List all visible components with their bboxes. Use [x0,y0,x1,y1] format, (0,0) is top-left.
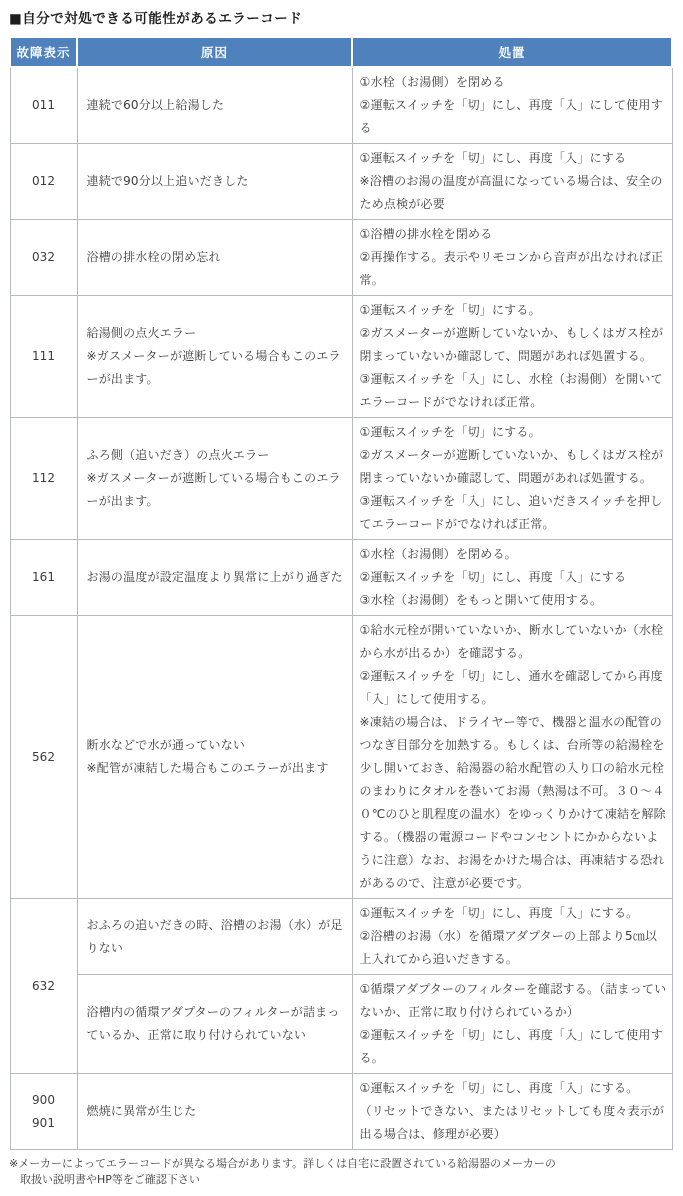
action-item: ③運転スイッチを「入」にし、追いだきスイッチを押してエラーコードがでなければ正常… [360,490,667,536]
action-cell: ①運転スイッチを「切」にし、再度「入」にする※浴槽のお湯の温度が高温になっている… [352,144,672,220]
cause-line: ※ガスメーターが遮断している場合もこのエラーが出ます。 [87,467,346,513]
action-cell: ①運転スイッチを「切」にする。②ガスメーターが遮断していないか、もしくはガス栓が… [352,296,672,418]
cause-line: ※配管が凍結した場合もこのエラーが出ます [87,757,346,780]
table-row: 112ふろ側（追いだき）の点火エラー※ガスメーターが遮断している場合もこのエラー… [10,418,672,540]
header-row: 故障表示 原因 処置 [10,37,672,67]
action-cell: ①運転スイッチを「切」にし、再度「入」にする。（リセットできない、またはリセット… [352,1074,672,1150]
action-cell: ①給水元栓が開いていないか、断水していないか（水栓から水が出るか）を確認する。②… [352,616,672,899]
footnote-line: ※メーカーによってエラーコードが異なる場合があります。詳しくは自宅に設置されてい… [9,1156,673,1172]
action-item: ②ガスメーターが遮断していないか、もしくはガス栓が閉まっていないか確認して、問題… [360,444,667,490]
error-code-cell: 111 [10,296,77,418]
action-item: ①循環アダプターのフィルターを確認する。（詰まっていないか、正常に取り付けられて… [360,978,667,1024]
error-code-cell: 632 [10,899,77,1074]
footnote-line: 取扱い説明書やHP等をご確認下さい [9,1172,673,1188]
action-item: ※凍結の場合は、ドライヤー等で、機器と温水の配管のつなぎ目部分を加熱する。もしく… [360,711,667,895]
action-item: ①水栓（お湯側）を閉める [360,71,667,94]
action-item: ②運転スイッチを「切」にし、再度「入」にする [360,566,667,589]
cause-line: 連続で60分以上給湯した [87,94,346,117]
header-cell-code: 故障表示 [10,37,77,67]
action-item: ③水栓（お湯側）をもっと開いて使用する。 [360,589,667,612]
cause-line: 燃焼に異常が生じた [87,1100,346,1123]
error-code-cell: 012 [10,144,77,220]
cause-cell: 連続で90分以上追いだきした [77,144,352,220]
cause-line: ふろ側（追いだき）の点火エラー [87,444,346,467]
cause-cell: 燃焼に異常が生じた [77,1074,352,1150]
action-item: ②ガスメーターが遮断していないか、もしくはガス栓が閉まっていないか確認して、問題… [360,322,667,368]
error-code-table: 故障表示 原因 処置 011連続で60分以上給湯した①水栓（お湯側）を閉める②運… [9,36,673,1150]
table-row: 111給湯側の点火エラー※ガスメーターが遮断している場合もこのエラーが出ます。①… [10,296,672,418]
cause-cell: ふろ側（追いだき）の点火エラー※ガスメーターが遮断している場合もこのエラーが出ま… [77,418,352,540]
table-row: 562断水などで水が通っていない※配管が凍結した場合もこのエラーが出ます①給水元… [10,616,672,899]
page-title: ■自分で対処できる可能性があるエラーコード [9,7,673,27]
cause-cell: おふろの追いだきの時、浴槽のお湯（水）が足りない [77,899,352,975]
action-item: ②運転スイッチを「切」にし、再度「入」にして使用する [360,94,667,140]
action-cell: ①浴槽の排水栓を閉める②再操作する。表示やリモコンから音声が出なければ正常。 [352,220,672,296]
action-item: ①運転スイッチを「切」にし、再度「入」にする [360,147,667,170]
action-item: ①運転スイッチを「切」にし、再度「入」にする。 [360,902,667,925]
cause-line: 給湯側の点火エラー [87,322,346,345]
header-cell-cause: 原因 [77,37,352,67]
cause-line: 断水などで水が通っていない [87,734,346,757]
cause-cell: 浴槽内の循環アダプターのフィルターが詰まっているか、正常に取り付けられていない [77,975,352,1074]
cause-line: 浴槽の排水栓の閉め忘れ [87,246,346,269]
footnote: ※メーカーによってエラーコードが異なる場合があります。詳しくは自宅に設置されてい… [9,1156,673,1188]
table-row: 632おふろの追いだきの時、浴槽のお湯（水）が足りない①運転スイッチを「切」にし… [10,899,672,975]
action-item: ①給水元栓が開いていないか、断水していないか（水栓から水が出るか）を確認する。 [360,619,667,665]
page: ■自分で対処できる可能性があるエラーコード 故障表示 原因 処置 011連続で6… [0,0,683,1196]
table-row: 012連続で90分以上追いだきした①運転スイッチを「切」にし、再度「入」にする※… [10,144,672,220]
cause-line: 連続で90分以上追いだきした [87,170,346,193]
cause-cell: お湯の温度が設定温度より異常に上がり過ぎた [77,540,352,616]
action-item: （リセットできない、またはリセットしても度々表示が出る場合は、修理が必要） [360,1100,667,1146]
cause-cell: 給湯側の点火エラー※ガスメーターが遮断している場合もこのエラーが出ます。 [77,296,352,418]
action-item: ①浴槽の排水栓を閉める [360,223,667,246]
action-cell: ①水栓（お湯側）を閉める②運転スイッチを「切」にし、再度「入」にして使用する [352,67,672,144]
error-code-cell: 562 [10,616,77,899]
cause-cell: 断水などで水が通っていない※配管が凍結した場合もこのエラーが出ます [77,616,352,899]
action-item: ①運転スイッチを「切」にする。 [360,421,667,444]
action-cell: ①運転スイッチを「切」にする。②ガスメーターが遮断していないか、もしくはガス栓が… [352,418,672,540]
cause-line: 浴槽内の循環アダプターのフィルターが詰まっているか、正常に取り付けられていない [87,1001,346,1047]
table-header: 故障表示 原因 処置 [10,37,672,67]
header-cell-action: 処置 [352,37,672,67]
table-row: 032浴槽の排水栓の閉め忘れ①浴槽の排水栓を閉める②再操作する。表示やリモコンか… [10,220,672,296]
error-code-cell: 161 [10,540,77,616]
action-item: ②運転スイッチを「切」にし、再度「入」にして使用する。 [360,1024,667,1070]
table-row: 900 901燃焼に異常が生じた①運転スイッチを「切」にし、再度「入」にする。（… [10,1074,672,1150]
cause-cell: 浴槽の排水栓の閉め忘れ [77,220,352,296]
table-row: 161お湯の温度が設定温度より異常に上がり過ぎた①水栓（お湯側）を閉める。②運転… [10,540,672,616]
error-code-cell: 011 [10,67,77,144]
action-item: ②再操作する。表示やリモコンから音声が出なければ正常。 [360,246,667,292]
action-item: ①水栓（お湯側）を閉める。 [360,543,667,566]
action-item: ②浴槽のお湯（水）を循環アダプターの上部より5㎝以上入れてから追いだきする。 [360,925,667,971]
cause-line: おふろの追いだきの時、浴槽のお湯（水）が足りない [87,914,346,960]
error-code-cell: 900 901 [10,1074,77,1150]
cause-line: ※ガスメーターが遮断している場合もこのエラーが出ます。 [87,345,346,391]
table-row: 011連続で60分以上給湯した①水栓（お湯側）を閉める②運転スイッチを「切」にし… [10,67,672,144]
table-body: 011連続で60分以上給湯した①水栓（お湯側）を閉める②運転スイッチを「切」にし… [10,67,672,1150]
error-code-cell: 032 [10,220,77,296]
action-item: ③運転スイッチを「入」にし、水栓（お湯側）を開いてエラーコードがでなければ正常。 [360,368,667,414]
action-cell: ①水栓（お湯側）を閉める。②運転スイッチを「切」にし、再度「入」にする③水栓（お… [352,540,672,616]
action-item: ※浴槽のお湯の温度が高温になっている場合は、安全のため点検が必要 [360,170,667,216]
action-cell: ①運転スイッチを「切」にし、再度「入」にする。②浴槽のお湯（水）を循環アダプター… [352,899,672,975]
cause-line: お湯の温度が設定温度より異常に上がり過ぎた [87,566,346,589]
error-code-cell: 112 [10,418,77,540]
action-cell: ①循環アダプターのフィルターを確認する。（詰まっていないか、正常に取り付けられて… [352,975,672,1074]
cause-cell: 連続で60分以上給湯した [77,67,352,144]
table-row: 浴槽内の循環アダプターのフィルターが詰まっているか、正常に取り付けられていない①… [10,975,672,1074]
action-item: ①運転スイッチを「切」にし、再度「入」にする。 [360,1077,667,1100]
action-item: ①運転スイッチを「切」にする。 [360,299,667,322]
action-item: ②運転スイッチを「切」にし、通水を確認してから再度「入」にして使用する。 [360,665,667,711]
